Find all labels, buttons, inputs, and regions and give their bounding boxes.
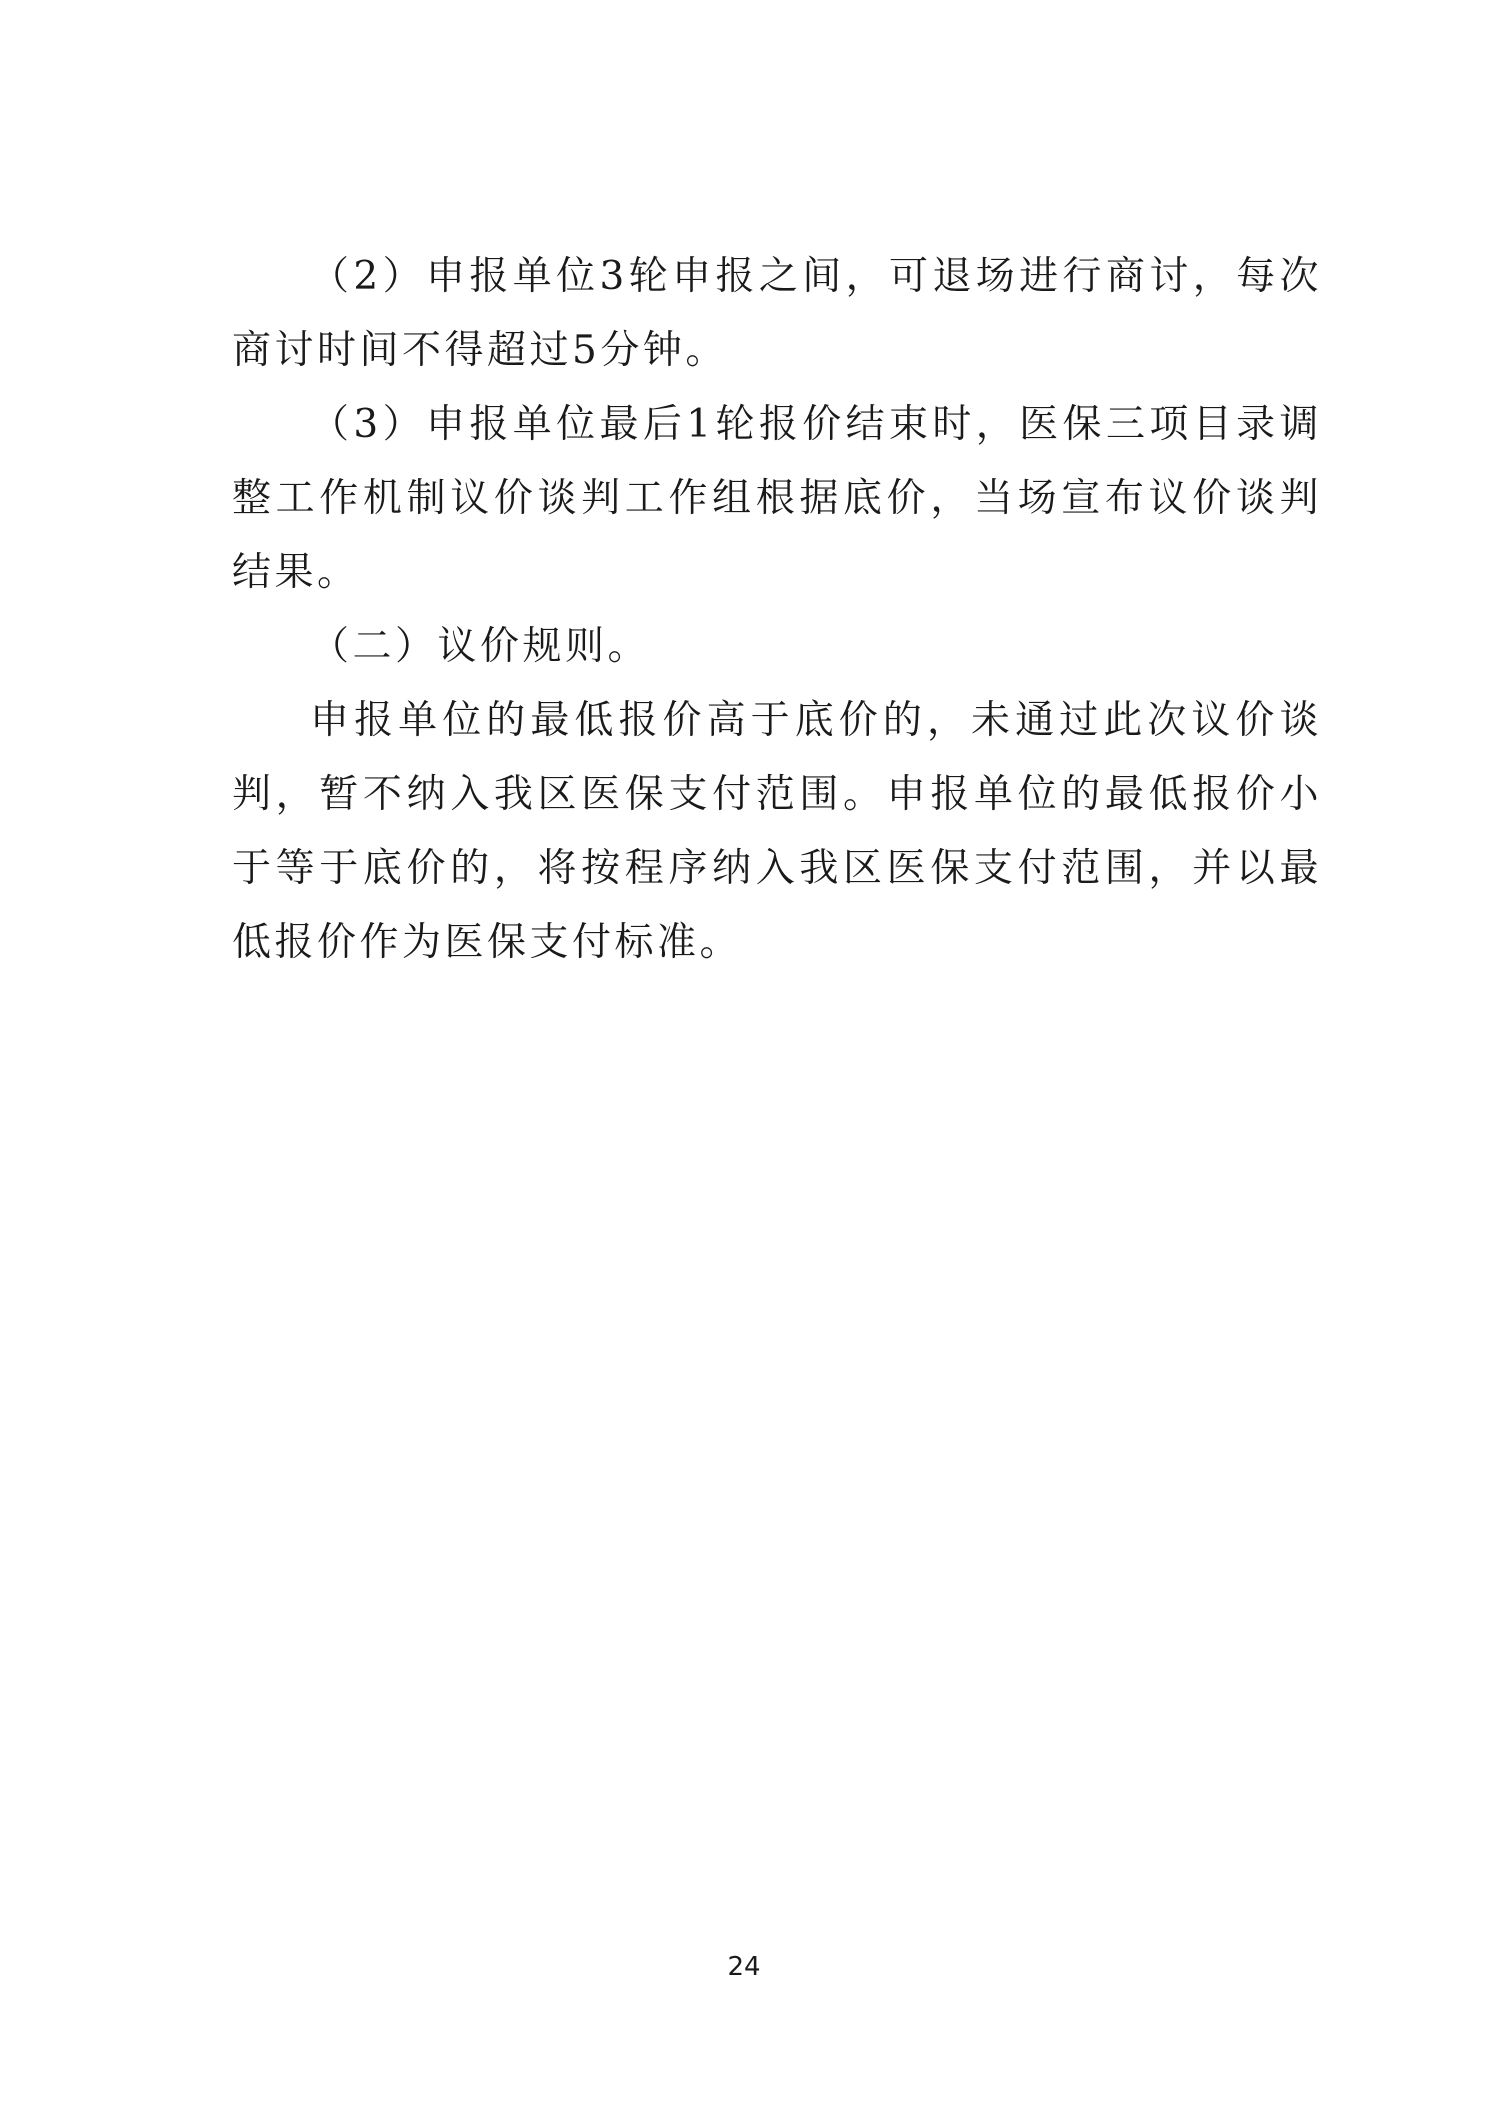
paragraph-item-3-final-result: （3）申报单位最后1轮报价结束时，医保三项目录调整工作机制议价谈判工作组根据底价… (232, 388, 1322, 610)
document-page: （2）申报单位3轮申报之间，可退场进行商讨，每次商讨时间不得超过5分钟。 （3）… (0, 0, 1488, 2104)
page-number: 24 (0, 1952, 1488, 1982)
section-heading-pricing-rules: （二）议价规则。 (232, 610, 1322, 684)
paragraph-item-2-negotiation-break: （2）申报单位3轮申报之间，可退场进行商讨，每次商讨时间不得超过5分钟。 (232, 240, 1322, 388)
paragraph-pricing-rules: 申报单位的最低报价高于底价的，未通过此次议价谈判，暂不纳入我区医保支付范围。申报… (232, 684, 1322, 980)
body-text: （2）申报单位3轮申报之间，可退场进行商讨，每次商讨时间不得超过5分钟。 （3）… (232, 240, 1322, 980)
